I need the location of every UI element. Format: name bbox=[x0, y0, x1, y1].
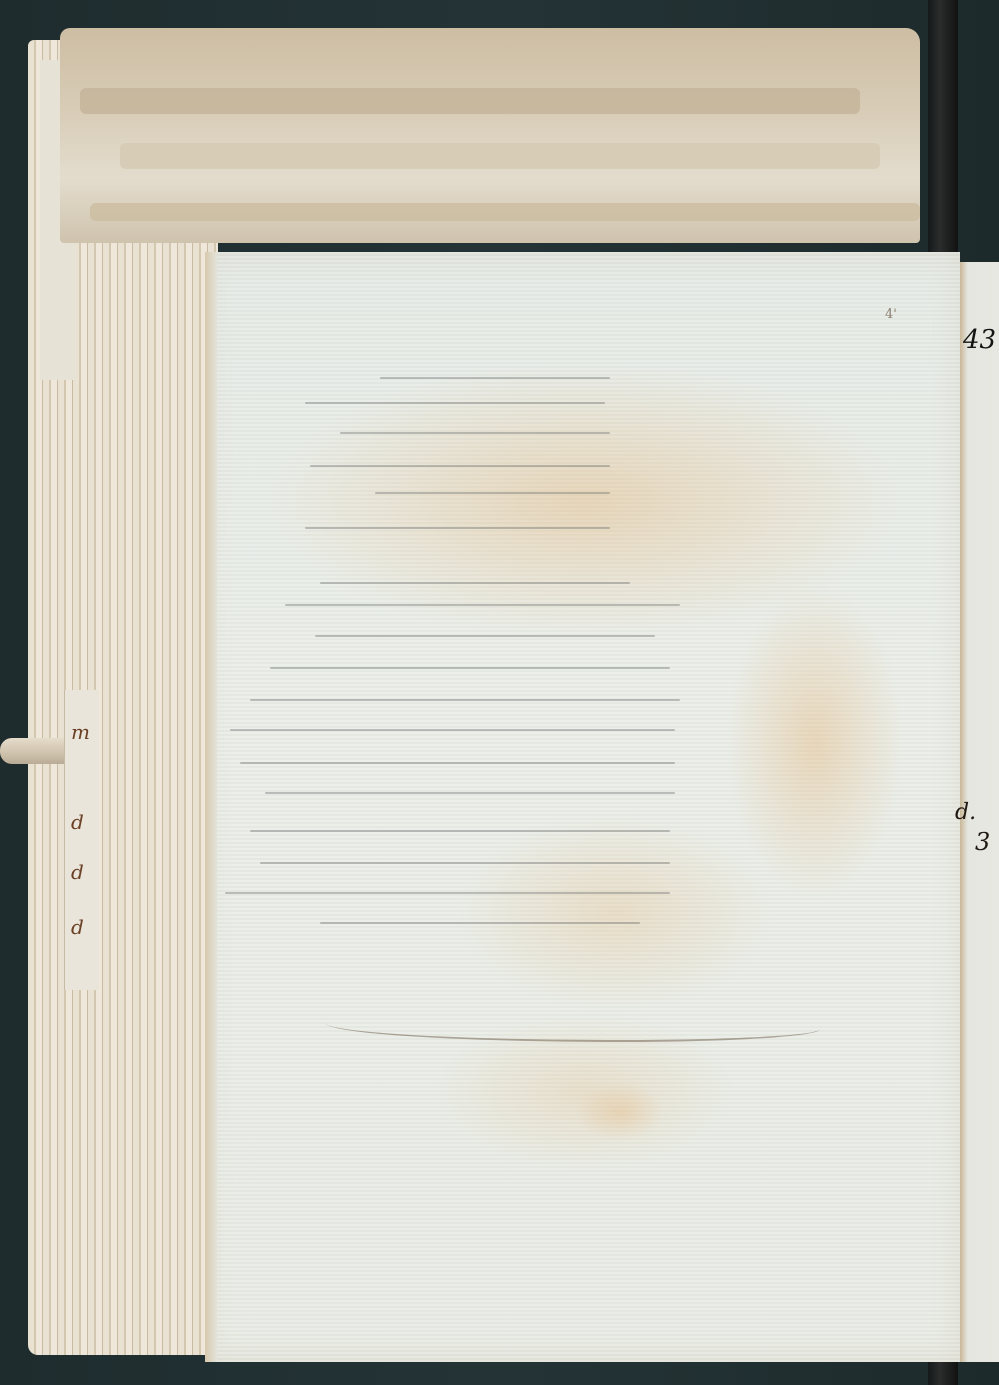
margin-mark: 3 bbox=[975, 828, 990, 856]
text-line bbox=[270, 667, 670, 669]
text-line bbox=[250, 699, 680, 701]
slip-mark: d bbox=[71, 915, 84, 939]
show-through-stain bbox=[575, 1082, 665, 1142]
folded-top-bundle bbox=[60, 28, 920, 243]
fold-crease bbox=[90, 203, 920, 221]
show-through-stain bbox=[725, 582, 905, 902]
text-line bbox=[260, 862, 670, 864]
fold-crease bbox=[80, 88, 860, 114]
text-line bbox=[265, 792, 675, 794]
text-line bbox=[230, 729, 675, 731]
text-line bbox=[240, 762, 675, 764]
margin-mark: d. bbox=[955, 800, 976, 825]
folio-number: 43 bbox=[963, 325, 996, 355]
tab-slip: m d d d bbox=[64, 690, 99, 990]
text-line bbox=[305, 402, 605, 404]
manuscript-page: 4' bbox=[205, 252, 960, 1362]
pencil-mark: 4' bbox=[885, 307, 897, 322]
text-line bbox=[380, 377, 610, 379]
text-line bbox=[310, 465, 610, 467]
text-line bbox=[340, 432, 610, 434]
text-line bbox=[225, 892, 670, 894]
fold-crease bbox=[120, 143, 880, 169]
text-line bbox=[320, 582, 630, 584]
slip-mark: d bbox=[71, 860, 84, 884]
text-line bbox=[250, 830, 670, 832]
slip-mark: m bbox=[71, 720, 90, 744]
show-through-stain bbox=[455, 812, 775, 1012]
text-line bbox=[320, 922, 640, 924]
text-line bbox=[375, 492, 610, 494]
text-line bbox=[305, 527, 610, 529]
slip-mark: d bbox=[71, 810, 84, 834]
text-line bbox=[315, 635, 655, 637]
text-line bbox=[285, 604, 680, 606]
page-gutter bbox=[205, 252, 217, 1362]
